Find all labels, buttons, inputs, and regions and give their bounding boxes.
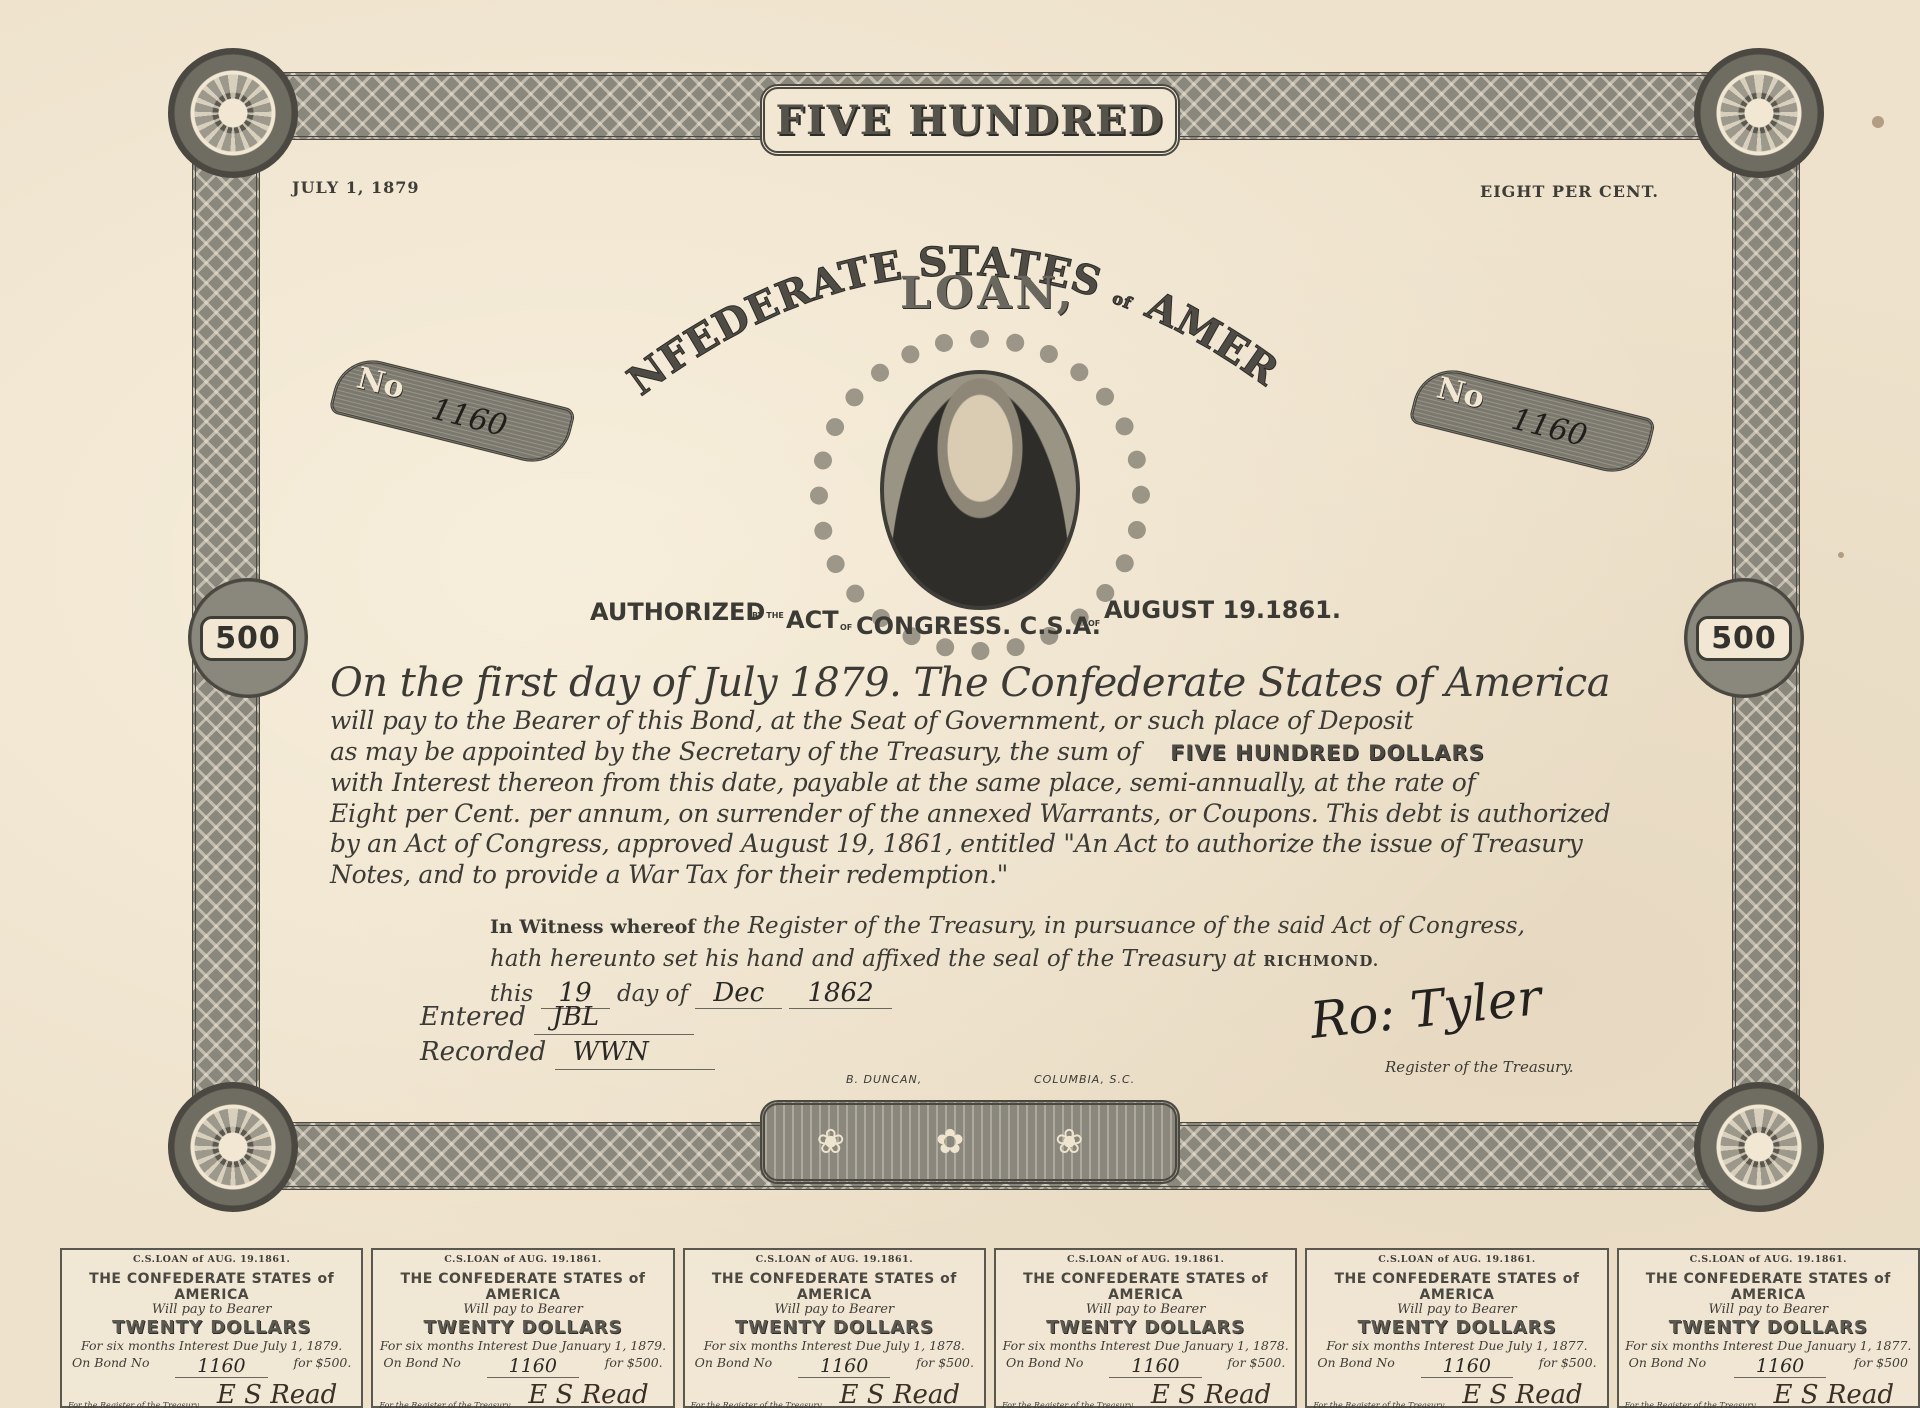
register-title: Register of the Treasury. bbox=[1385, 1058, 1574, 1076]
denomination-seal-left: 500 bbox=[188, 578, 308, 698]
recorded-initials: WWN bbox=[555, 1035, 715, 1070]
coupon-bond-number: 1160 bbox=[1421, 1355, 1513, 1378]
coupon-bond-number: 1160 bbox=[487, 1355, 579, 1378]
coupon: C.S.LOAN of AUG. 19.1861. THE CONFEDERAT… bbox=[60, 1248, 363, 1408]
loan-label: LOAN, bbox=[900, 268, 1040, 319]
corner-rosette-icon bbox=[168, 48, 298, 178]
paper-stain bbox=[1872, 116, 1884, 128]
coupon-due: For six months Interest Due July 1, 1878… bbox=[685, 1338, 984, 1353]
coupon: C.S.LOAN of AUG. 19.1861. THE CONFEDERAT… bbox=[1617, 1248, 1920, 1408]
coupon-bond-number: 1160 bbox=[1734, 1355, 1826, 1378]
coupon-signature: E S Read bbox=[840, 1380, 978, 1408]
title-plate: FIVE HUNDRED bbox=[760, 84, 1180, 156]
body-line: On the first day of July 1879. The Confe… bbox=[330, 660, 1660, 706]
coupon-amount: TWENTY DOLLARS bbox=[996, 1317, 1295, 1338]
coupon: C.S.LOAN of AUG. 19.1861. THE CONFEDERAT… bbox=[371, 1248, 674, 1408]
coupon-amount: TWENTY DOLLARS bbox=[62, 1317, 361, 1338]
coupon-bond-number: 1160 bbox=[175, 1355, 267, 1378]
body-line: Eight per Cent. per annum, on surrender … bbox=[330, 799, 1660, 830]
coupon-due: For six months Interest Due January 1, 1… bbox=[373, 1338, 672, 1353]
corner-rosette-icon bbox=[1694, 1082, 1824, 1212]
witness-lead: In Witness whereof bbox=[490, 916, 695, 938]
svg-text:AUTHORIZED BY THE: AUTHORIZED BY THE ACT OF CONGRESS. C.S.A… bbox=[590, 596, 1341, 640]
coupon-amount: TWENTY DOLLARS bbox=[1619, 1317, 1918, 1338]
paper-stain bbox=[1838, 552, 1844, 558]
coupon-due: For six months Interest Due January 1, 1… bbox=[1619, 1338, 1918, 1353]
coupon-amount: TWENTY DOLLARS bbox=[373, 1317, 672, 1338]
corner-rosette-icon bbox=[168, 1082, 298, 1212]
floral-ornament-plate-icon bbox=[760, 1100, 1180, 1184]
body-line: with Interest thereon from this date, pa… bbox=[330, 768, 1660, 799]
printer-name: B. DUNCAN, bbox=[846, 1073, 922, 1086]
coupon-signature: E S Read bbox=[528, 1380, 666, 1408]
body-line: Notes, and to provide a War Tax for thei… bbox=[330, 860, 1660, 891]
coupon-bond-number: 1160 bbox=[1109, 1355, 1201, 1378]
body-line: will pay to the Bearer of this Bond, at … bbox=[330, 706, 1660, 737]
body-line: as may be appointed by the Secretary of … bbox=[330, 737, 1660, 769]
registry-entries: Entered JBL Recorded WWN bbox=[420, 1000, 715, 1070]
corner-rosette-icon bbox=[1694, 48, 1824, 178]
coupon: C.S.LOAN of AUG. 19.1861. THE CONFEDERAT… bbox=[683, 1248, 986, 1408]
coupon-bond-number: 1160 bbox=[798, 1355, 890, 1378]
denomination-value: 500 bbox=[1696, 616, 1792, 661]
body-line: by an Act of Congress, approved August 1… bbox=[330, 829, 1660, 860]
printer-city: COLUMBIA, S.C. bbox=[1034, 1073, 1135, 1086]
coupon-amount: TWENTY DOLLARS bbox=[685, 1317, 984, 1338]
denomination-seal-right: 500 bbox=[1684, 578, 1804, 698]
issue-city: RICHMOND. bbox=[1263, 952, 1379, 970]
maturity-date: JULY 1, 1879 bbox=[292, 178, 420, 197]
coupon-due: For six months Interest Due July 1, 1879… bbox=[62, 1338, 361, 1353]
interest-coupons: C.S.LOAN of AUG. 19.1861. THE CONFEDERAT… bbox=[60, 1248, 1920, 1408]
coupon-amount: TWENTY DOLLARS bbox=[1307, 1317, 1606, 1338]
principal-amount: FIVE HUNDRED DOLLARS bbox=[1170, 741, 1485, 765]
coupon: C.S.LOAN of AUG. 19.1861. THE CONFEDERAT… bbox=[994, 1248, 1297, 1408]
bond-denomination-title: FIVE HUNDRED bbox=[776, 97, 1165, 144]
coupon-due: For six months Interest Due January 1, 1… bbox=[996, 1338, 1295, 1353]
coupon-signature: E S Read bbox=[1151, 1380, 1289, 1408]
coupon-signature: E S Read bbox=[217, 1380, 355, 1408]
coupon-due: For six months Interest Due July 1, 1877… bbox=[1307, 1338, 1606, 1353]
denomination-value: 500 bbox=[200, 616, 296, 661]
entered-initials: JBL bbox=[534, 1000, 694, 1035]
coupon-signature: E S Read bbox=[1774, 1380, 1912, 1408]
interest-rate: EIGHT PER CENT. bbox=[1480, 182, 1659, 201]
issue-year: 1862 bbox=[789, 978, 891, 1009]
bond-promise-text: On the first day of July 1879. The Confe… bbox=[330, 660, 1660, 890]
coupon: C.S.LOAN of AUG. 19.1861. THE CONFEDERAT… bbox=[1305, 1248, 1608, 1408]
authorization-banner: AUTHORIZED BY THE ACT OF CONGRESS. C.S.A… bbox=[590, 570, 1410, 650]
coupon-signature: E S Read bbox=[1462, 1380, 1600, 1408]
